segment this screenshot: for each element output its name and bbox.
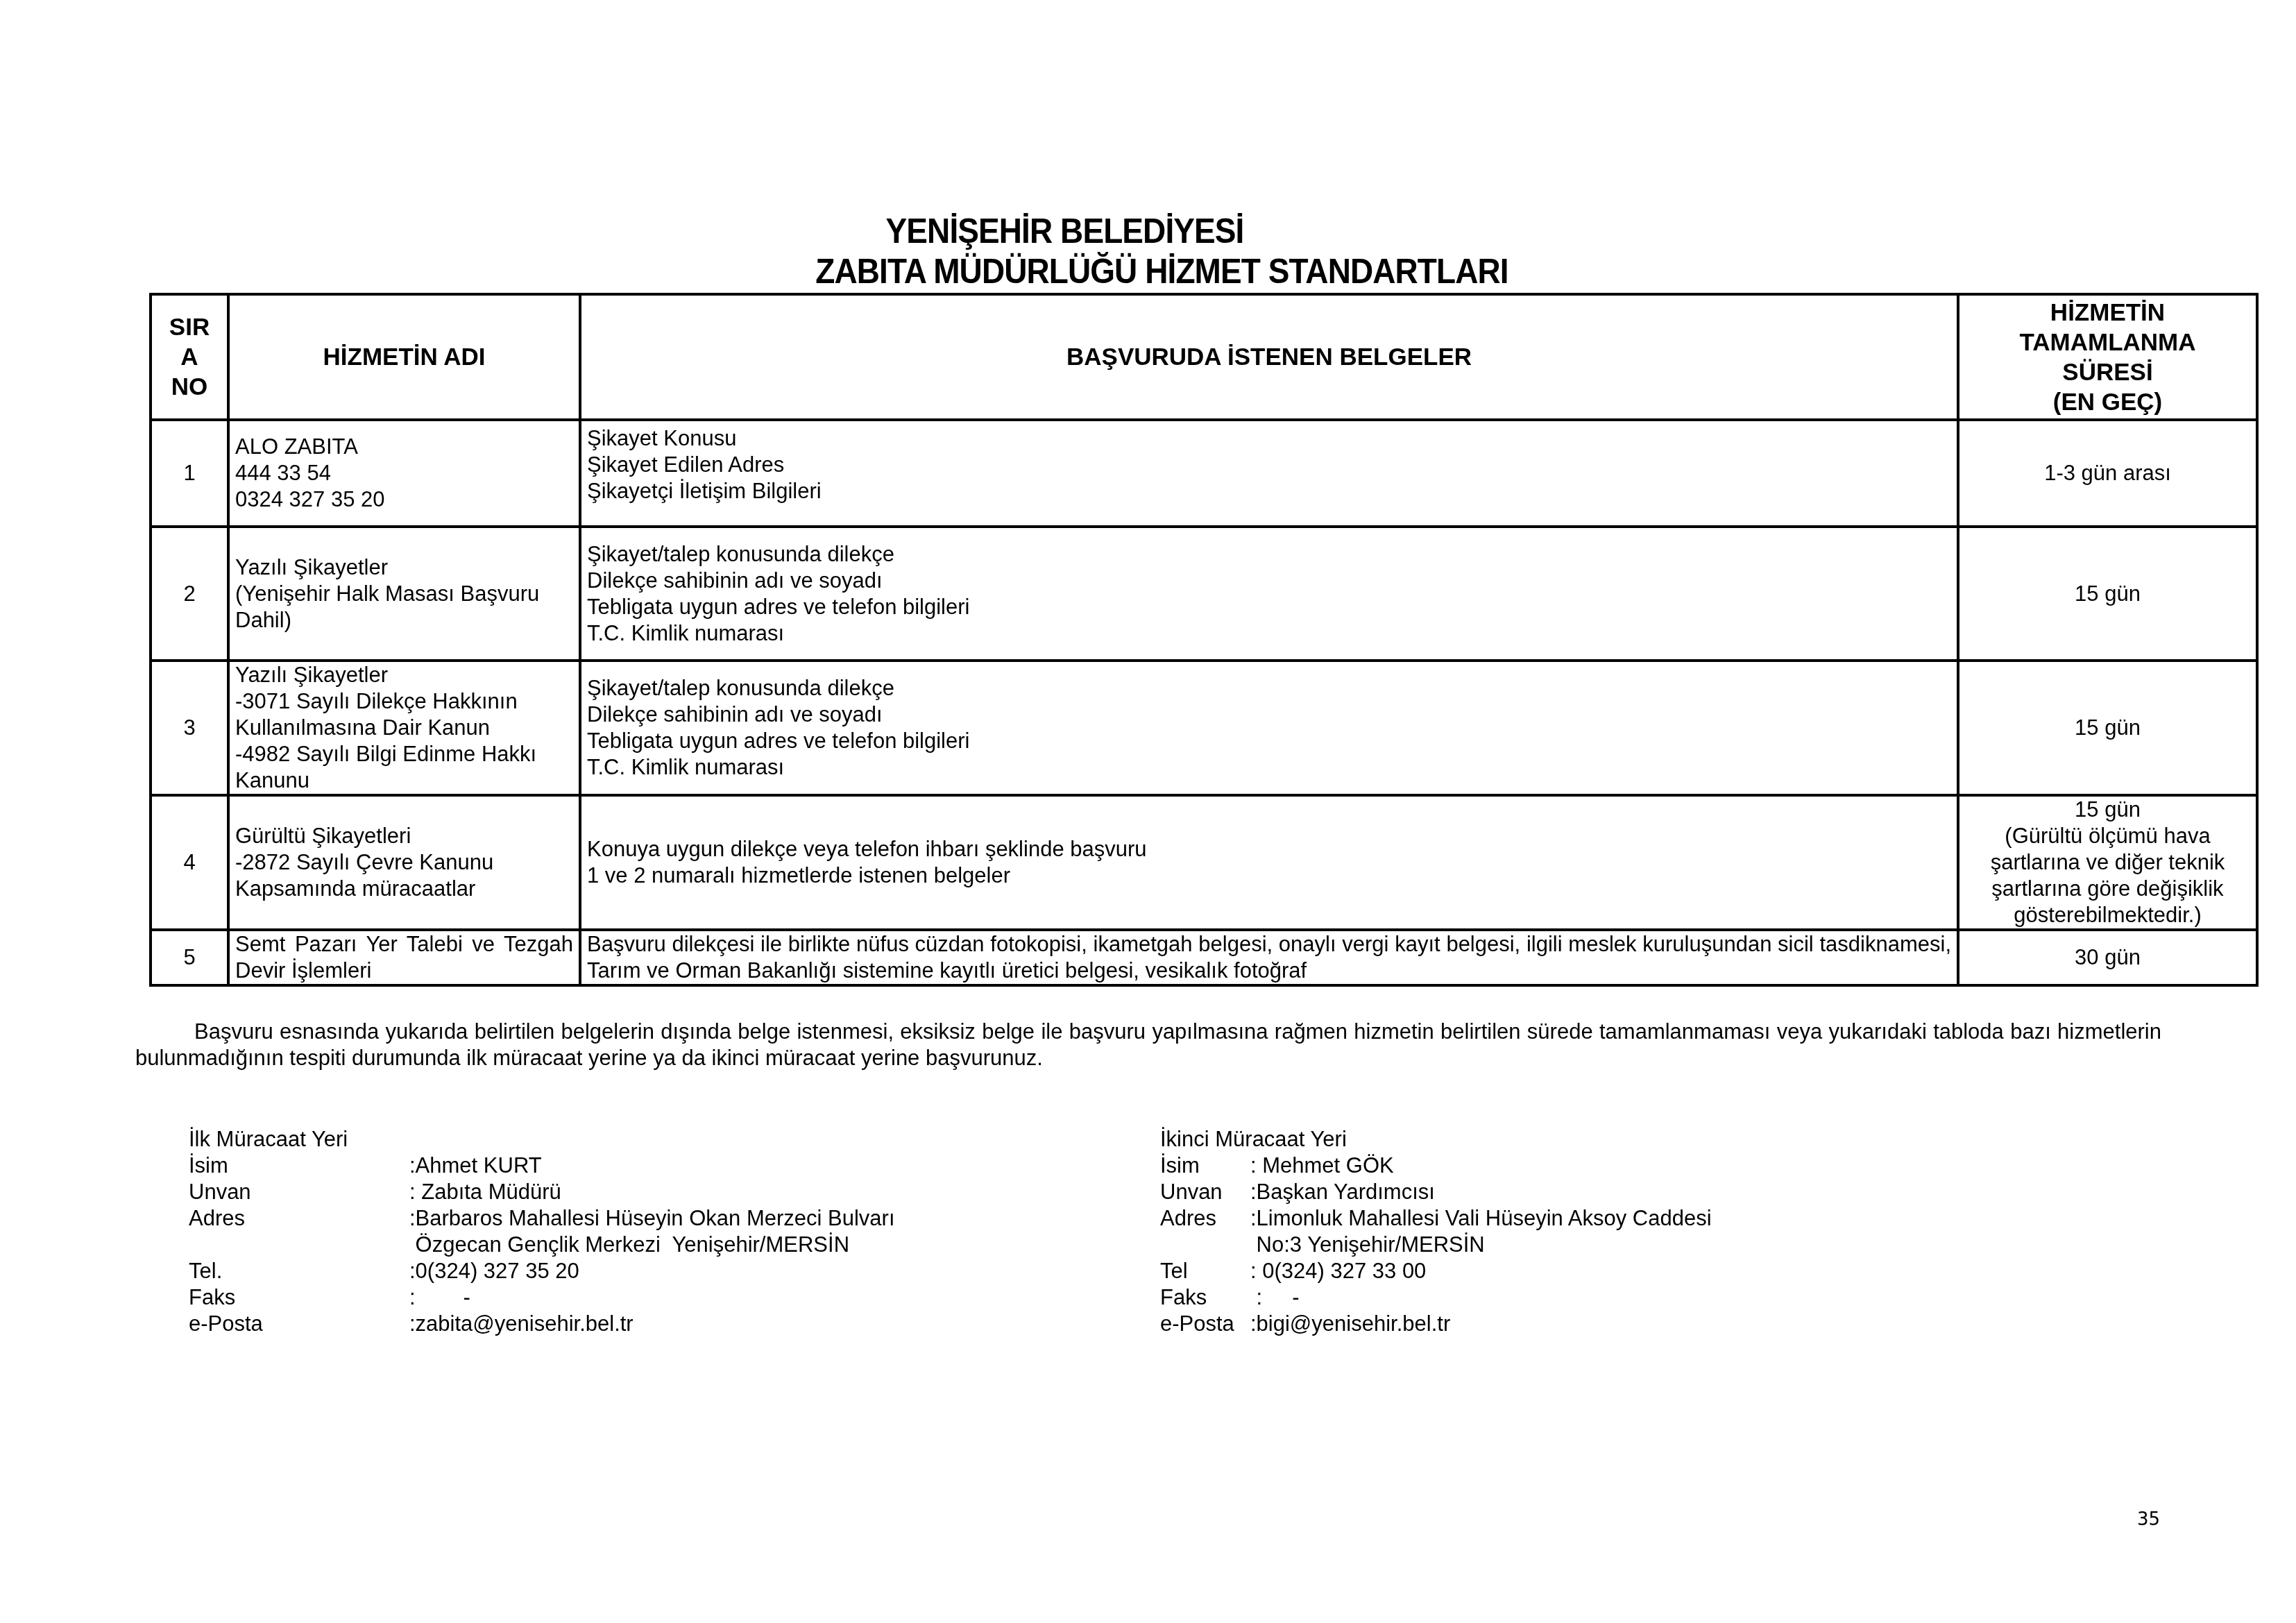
cell-line: Şikayet Edilen Adres bbox=[587, 452, 1951, 478]
page-number: 35 bbox=[2137, 1509, 2160, 1530]
contact-label: Faks bbox=[1160, 1284, 1250, 1311]
cell-line: 444 33 54 bbox=[235, 460, 573, 486]
column-header-completion-time: HİZMETİN TAMAMLANMA SÜRESİ (EN GEÇ) bbox=[1958, 294, 2257, 420]
completion-time-cell: 30 gün bbox=[1958, 930, 2257, 985]
cell-line: Konuya uygun dilekçe veya telefon ihbarı… bbox=[587, 836, 1951, 863]
contact-email[interactable]: :zabita@yenisehir.bel.tr bbox=[409, 1311, 633, 1337]
cell-line: (Gürültü ölçümü hava bbox=[1965, 823, 2250, 849]
header-text: SÜRESİ bbox=[1965, 357, 2250, 387]
contact-label: Tel. bbox=[189, 1258, 409, 1284]
contact-row: Adres:Barbaros Mahallesi Hüseyin Okan Me… bbox=[189, 1205, 895, 1232]
service-name-cell: Gürültü Şikayetleri-2872 Sayılı Çevre Ka… bbox=[228, 795, 580, 930]
contact-row: İsim:Ahmet KURT bbox=[189, 1153, 895, 1179]
second-contact-block: İkinci Müracaat Yeriİsim: Mehmet GÖKUnva… bbox=[1160, 1126, 1712, 1337]
column-header-documents: BAŞVURUDA İSTENEN BELGELER bbox=[580, 294, 1958, 420]
cell-line: Yazılı Şikayetler bbox=[235, 662, 573, 688]
row-number: 2 bbox=[151, 527, 228, 661]
contact-value: Özgecan Gençlik Merkezi Yenişehir/MERSİN bbox=[409, 1232, 849, 1258]
document-subtitle: ZABITA MÜDÜRLÜĞÜ HİZMET STANDARTLARI bbox=[105, 252, 2218, 291]
cell-line: şartlarına ve diğer teknik bbox=[1965, 849, 2250, 876]
contact-email[interactable]: :bigi@yenisehir.bel.tr bbox=[1250, 1311, 1450, 1337]
contact-row: Unvan: Zabıta Müdürü bbox=[189, 1179, 895, 1205]
cell-line: Tebligata uygun adres ve telefon bilgile… bbox=[587, 728, 1951, 754]
cell-line: Kapsamında müracaatlar bbox=[235, 876, 573, 902]
column-header-no: SIR A NO bbox=[151, 294, 228, 420]
contact-row: İsim: Mehmet GÖK bbox=[1160, 1153, 1712, 1179]
header-text: SIR bbox=[158, 312, 221, 342]
cell-line: -3071 Sayılı Dilekçe Hakkının bbox=[235, 688, 573, 715]
contact-label: İsim bbox=[189, 1153, 409, 1179]
cell-line: 0324 327 35 20 bbox=[235, 486, 573, 513]
contact-label: Faks bbox=[189, 1284, 409, 1311]
cell-line: Şikayet/talep konusunda dilekçe bbox=[587, 675, 1951, 702]
completion-time-cell: 15 gün bbox=[1958, 661, 2257, 795]
header-text: NO bbox=[158, 372, 221, 402]
cell-line: 30 gün bbox=[1965, 944, 2250, 971]
contact-value: : - bbox=[409, 1284, 470, 1311]
table-row: 1ALO ZABITA444 33 540324 327 35 20Şikaye… bbox=[151, 420, 2257, 527]
cell-line: ALO ZABITA bbox=[235, 434, 573, 460]
document-title: YENİŞEHİR BELEDİYESİ bbox=[8, 212, 2120, 250]
contact-label: Unvan bbox=[189, 1179, 409, 1205]
cell-line: 15 gün bbox=[1965, 797, 2250, 823]
contact-label: Tel bbox=[1160, 1258, 1250, 1284]
header-text: TAMAMLANMA bbox=[1965, 328, 2250, 357]
contact-value: :Başkan Yardımcısı bbox=[1250, 1179, 1435, 1205]
contact-label: Adres bbox=[1160, 1205, 1250, 1232]
cell-line: Semt Pazarı Yer Talebi ve Tezgah Devir İ… bbox=[235, 931, 573, 984]
cell-line: Şikayet/talep konusunda dilekçe bbox=[587, 541, 1951, 568]
row-number: 5 bbox=[151, 930, 228, 985]
contact-row: No:3 Yenişehir/MERSİN bbox=[1160, 1232, 1712, 1258]
cell-line: 1 ve 2 numaralı hizmetlerde istenen belg… bbox=[587, 863, 1951, 889]
cell-line: Dahil) bbox=[235, 607, 573, 634]
cell-line: (Yenişehir Halk Masası Başvuru bbox=[235, 581, 573, 607]
contact-value: : - bbox=[1250, 1284, 1300, 1311]
required-documents-cell: Başvuru dilekçesi ile birlikte nüfus cüz… bbox=[580, 930, 1958, 985]
cell-line: Dilekçe sahibinin adı ve soyadı bbox=[587, 702, 1951, 728]
header-text: (EN GEÇ) bbox=[1965, 387, 2250, 417]
service-name-cell: Yazılı Şikayetler-3071 Sayılı Dilekçe Ha… bbox=[228, 661, 580, 795]
row-number: 1 bbox=[151, 420, 228, 527]
completion-time-cell: 15 gün bbox=[1958, 527, 2257, 661]
contact-value: No:3 Yenişehir/MERSİN bbox=[1250, 1232, 1485, 1258]
row-number: 3 bbox=[151, 661, 228, 795]
required-documents-cell: Şikayet KonusuŞikayet Edilen AdresŞikaye… bbox=[580, 420, 1958, 527]
contact-value: :Limonluk Mahallesi Vali Hüseyin Aksoy C… bbox=[1250, 1205, 1712, 1232]
contact-value: :0(324) 327 35 20 bbox=[409, 1258, 579, 1284]
contact-row: Tel: 0(324) 327 33 00 bbox=[1160, 1258, 1712, 1284]
contact-value: :Barbaros Mahallesi Hüseyin Okan Merzeci… bbox=[409, 1205, 895, 1232]
cell-line: Şikayet Konusu bbox=[587, 425, 1951, 452]
contact-label bbox=[189, 1232, 409, 1258]
service-name-cell: Semt Pazarı Yer Talebi ve Tezgah Devir İ… bbox=[228, 930, 580, 985]
required-documents-cell: Konuya uygun dilekçe veya telefon ihbarı… bbox=[580, 795, 1958, 930]
cell-line: Yazılı Şikayetler bbox=[235, 554, 573, 581]
table-row: 5Semt Pazarı Yer Talebi ve Tezgah Devir … bbox=[151, 930, 2257, 985]
cell-line: şartlarına göre değişiklik bbox=[1965, 876, 2250, 902]
cell-line: Dilekçe sahibinin adı ve soyadı bbox=[587, 568, 1951, 594]
contact-heading: İkinci Müracaat Yeri bbox=[1160, 1126, 1712, 1153]
completion-time-cell: 15 gün(Gürültü ölçümü havaşartlarına ve … bbox=[1958, 795, 2257, 930]
first-contact-block: İlk Müracaat Yeriİsim:Ahmet KURTUnvan: Z… bbox=[189, 1126, 895, 1337]
cell-line: -2872 Sayılı Çevre Kanunu bbox=[235, 849, 573, 876]
contact-row: Özgecan Gençlik Merkezi Yenişehir/MERSİN bbox=[189, 1232, 895, 1258]
cell-line: T.C. Kimlik numarası bbox=[587, 620, 1951, 647]
table-row: 4Gürültü Şikayetleri-2872 Sayılı Çevre K… bbox=[151, 795, 2257, 930]
header-text: HİZMETİN bbox=[1965, 298, 2250, 328]
contact-row: Unvan:Başkan Yardımcısı bbox=[1160, 1179, 1712, 1205]
contact-row: Faks : - bbox=[1160, 1284, 1712, 1311]
service-name-cell: Yazılı Şikayetler(Yenişehir Halk Masası … bbox=[228, 527, 580, 661]
contact-row: Adres:Limonluk Mahallesi Vali Hüseyin Ak… bbox=[1160, 1205, 1712, 1232]
contact-value: :Ahmet KURT bbox=[409, 1153, 542, 1179]
cell-line: -4982 Sayılı Bilgi Edinme Hakkı bbox=[235, 741, 573, 767]
cell-line: Şikayetçi İletişim Bilgileri bbox=[587, 478, 1951, 504]
contact-label: e-Posta bbox=[189, 1311, 409, 1337]
contact-row: e-Posta:bigi@yenisehir.bel.tr bbox=[1160, 1311, 1712, 1337]
service-standards-table: SIR A NO HİZMETİN ADI BAŞVURUDA İSTENEN … bbox=[149, 293, 2259, 987]
table-row: 3Yazılı Şikayetler-3071 Sayılı Dilekçe H… bbox=[151, 661, 2257, 795]
cell-line: gösterebilmektedir.) bbox=[1965, 902, 2250, 928]
cell-line: 15 gün bbox=[1965, 715, 2250, 741]
contact-label: Adres bbox=[189, 1205, 409, 1232]
contact-label: e-Posta bbox=[1160, 1311, 1250, 1337]
completion-time-cell: 1-3 gün arası bbox=[1958, 420, 2257, 527]
notice-paragraph: Başvuru esnasında yukarıda belirtilen be… bbox=[135, 1019, 2161, 1071]
contact-value: : Zabıta Müdürü bbox=[409, 1179, 561, 1205]
contact-row: Faks: - bbox=[189, 1284, 895, 1311]
cell-line: 15 gün bbox=[1965, 581, 2250, 607]
cell-line: Kullanılmasına Dair Kanun bbox=[235, 715, 573, 741]
contact-label: Unvan bbox=[1160, 1179, 1250, 1205]
cell-line: Kanunu bbox=[235, 767, 573, 794]
cell-line: 1-3 gün arası bbox=[1965, 460, 2250, 486]
table-row: 2Yazılı Şikayetler(Yenişehir Halk Masası… bbox=[151, 527, 2257, 661]
required-documents-cell: Şikayet/talep konusunda dilekçeDilekçe s… bbox=[580, 527, 1958, 661]
cell-line: T.C. Kimlik numarası bbox=[587, 754, 1951, 781]
contact-heading: İlk Müracaat Yeri bbox=[189, 1126, 895, 1153]
contact-label: İsim bbox=[1160, 1153, 1250, 1179]
contact-row: Tel.:0(324) 327 35 20 bbox=[189, 1258, 895, 1284]
contact-value: : Mehmet GÖK bbox=[1250, 1153, 1394, 1179]
cell-line: Tebligata uygun adres ve telefon bilgile… bbox=[587, 594, 1951, 620]
contact-row: e-Posta:zabita@yenisehir.bel.tr bbox=[189, 1311, 895, 1337]
table-header-row: SIR A NO HİZMETİN ADI BAŞVURUDA İSTENEN … bbox=[151, 294, 2257, 420]
contact-label bbox=[1160, 1232, 1250, 1258]
cell-line: Başvuru dilekçesi ile birlikte nüfus cüz… bbox=[587, 931, 1951, 984]
required-documents-cell: Şikayet/talep konusunda dilekçeDilekçe s… bbox=[580, 661, 1958, 795]
column-header-service-name: HİZMETİN ADI bbox=[228, 294, 580, 420]
row-number: 4 bbox=[151, 795, 228, 930]
cell-line: Gürültü Şikayetleri bbox=[235, 823, 573, 849]
service-name-cell: ALO ZABITA444 33 540324 327 35 20 bbox=[228, 420, 580, 527]
contact-value: : 0(324) 327 33 00 bbox=[1250, 1258, 1426, 1284]
header-text: A bbox=[158, 342, 221, 372]
